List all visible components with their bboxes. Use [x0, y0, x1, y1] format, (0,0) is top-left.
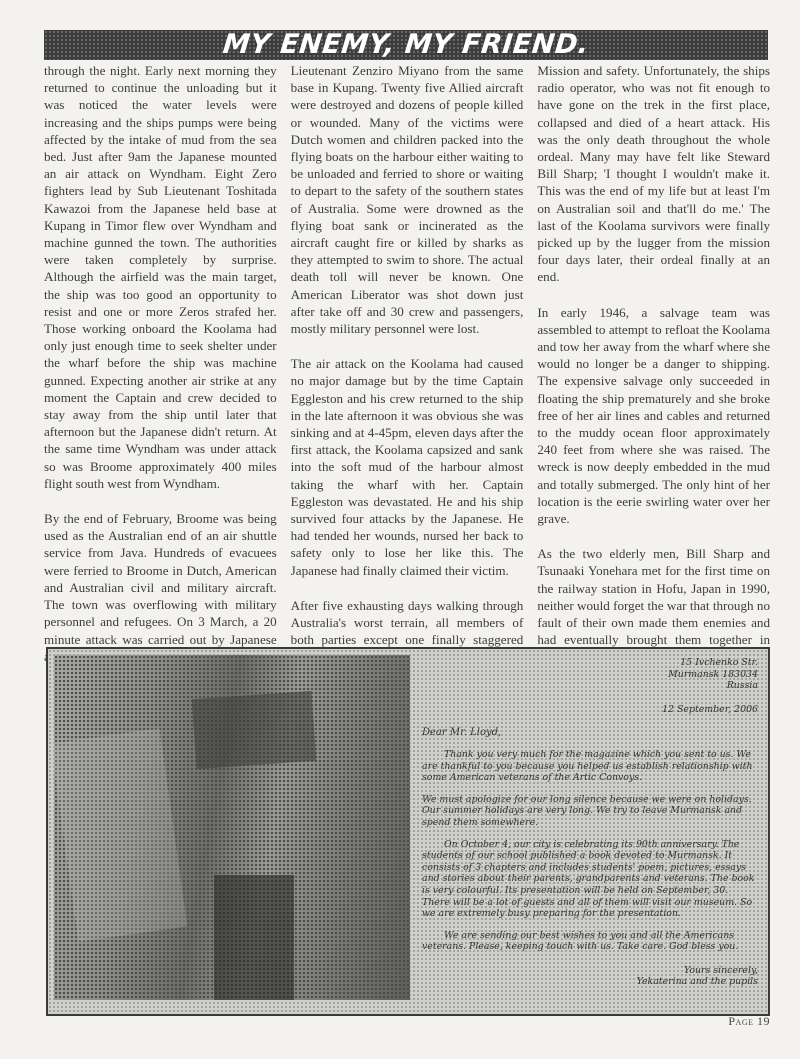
page-number: Page 19 — [728, 1014, 770, 1029]
letter-figure: 15 Ivchenko Str. Murmansk 183034 Russia … — [46, 647, 770, 1016]
title-banner: MY ENEMY, MY FRIEND. — [44, 30, 768, 60]
letter-paragraph: We must apologize for our long silence b… — [422, 794, 758, 829]
paragraph: In early 1946, a salvage team was assemb… — [537, 304, 770, 528]
article-column-3: Mission and safety. Unfortunately, the s… — [537, 62, 770, 640]
letter-text: 15 Ivchenko Str. Murmansk 183034 Russia … — [422, 657, 758, 1007]
address-line: Russia — [422, 680, 758, 692]
letter-closing: Yours sincerely, — [422, 965, 758, 977]
letter-signature: Yekaterina and the pupils — [422, 976, 758, 988]
photo-person — [214, 875, 294, 1000]
letter-paragraph: Thank you very much for the magazine whi… — [422, 749, 758, 784]
page-title: MY ENEMY, MY FRIEND. — [222, 30, 591, 60]
article-column-1: through the night. Early next morning th… — [44, 62, 277, 640]
paragraph: Mission and safety. Unfortunately, the s… — [537, 62, 770, 286]
article-body: through the night. Early next morning th… — [44, 62, 770, 640]
letter-salutation: Dear Mr. Lloyd, — [422, 727, 758, 739]
photo-display-board — [51, 728, 188, 941]
article-column-2: Lieutenant Zenziro Miyano from the same … — [291, 62, 524, 640]
letter-paragraph: We are sending our best wishes to you an… — [422, 930, 758, 953]
address-line: 15 Ivchenko Str. — [422, 657, 758, 669]
letter-date: 12 September, 2006 — [422, 704, 758, 716]
paragraph: Lieutenant Zenziro Miyano from the same … — [291, 62, 524, 337]
paragraph: through the night. Early next morning th… — [44, 62, 277, 492]
letter-signoff: Yours sincerely, Yekaterina and the pupi… — [422, 965, 758, 988]
photo-sign — [192, 691, 317, 769]
paragraph: By the end of February, Broome was being… — [44, 510, 277, 665]
letter-paragraph: On October 4, our city is celebrating it… — [422, 839, 758, 920]
paragraph: The air attack on the Koolama had caused… — [291, 355, 524, 579]
letter-address: 15 Ivchenko Str. Murmansk 183034 Russia — [422, 657, 758, 692]
halftone-photo — [54, 655, 410, 1000]
address-line: Murmansk 183034 — [422, 669, 758, 681]
